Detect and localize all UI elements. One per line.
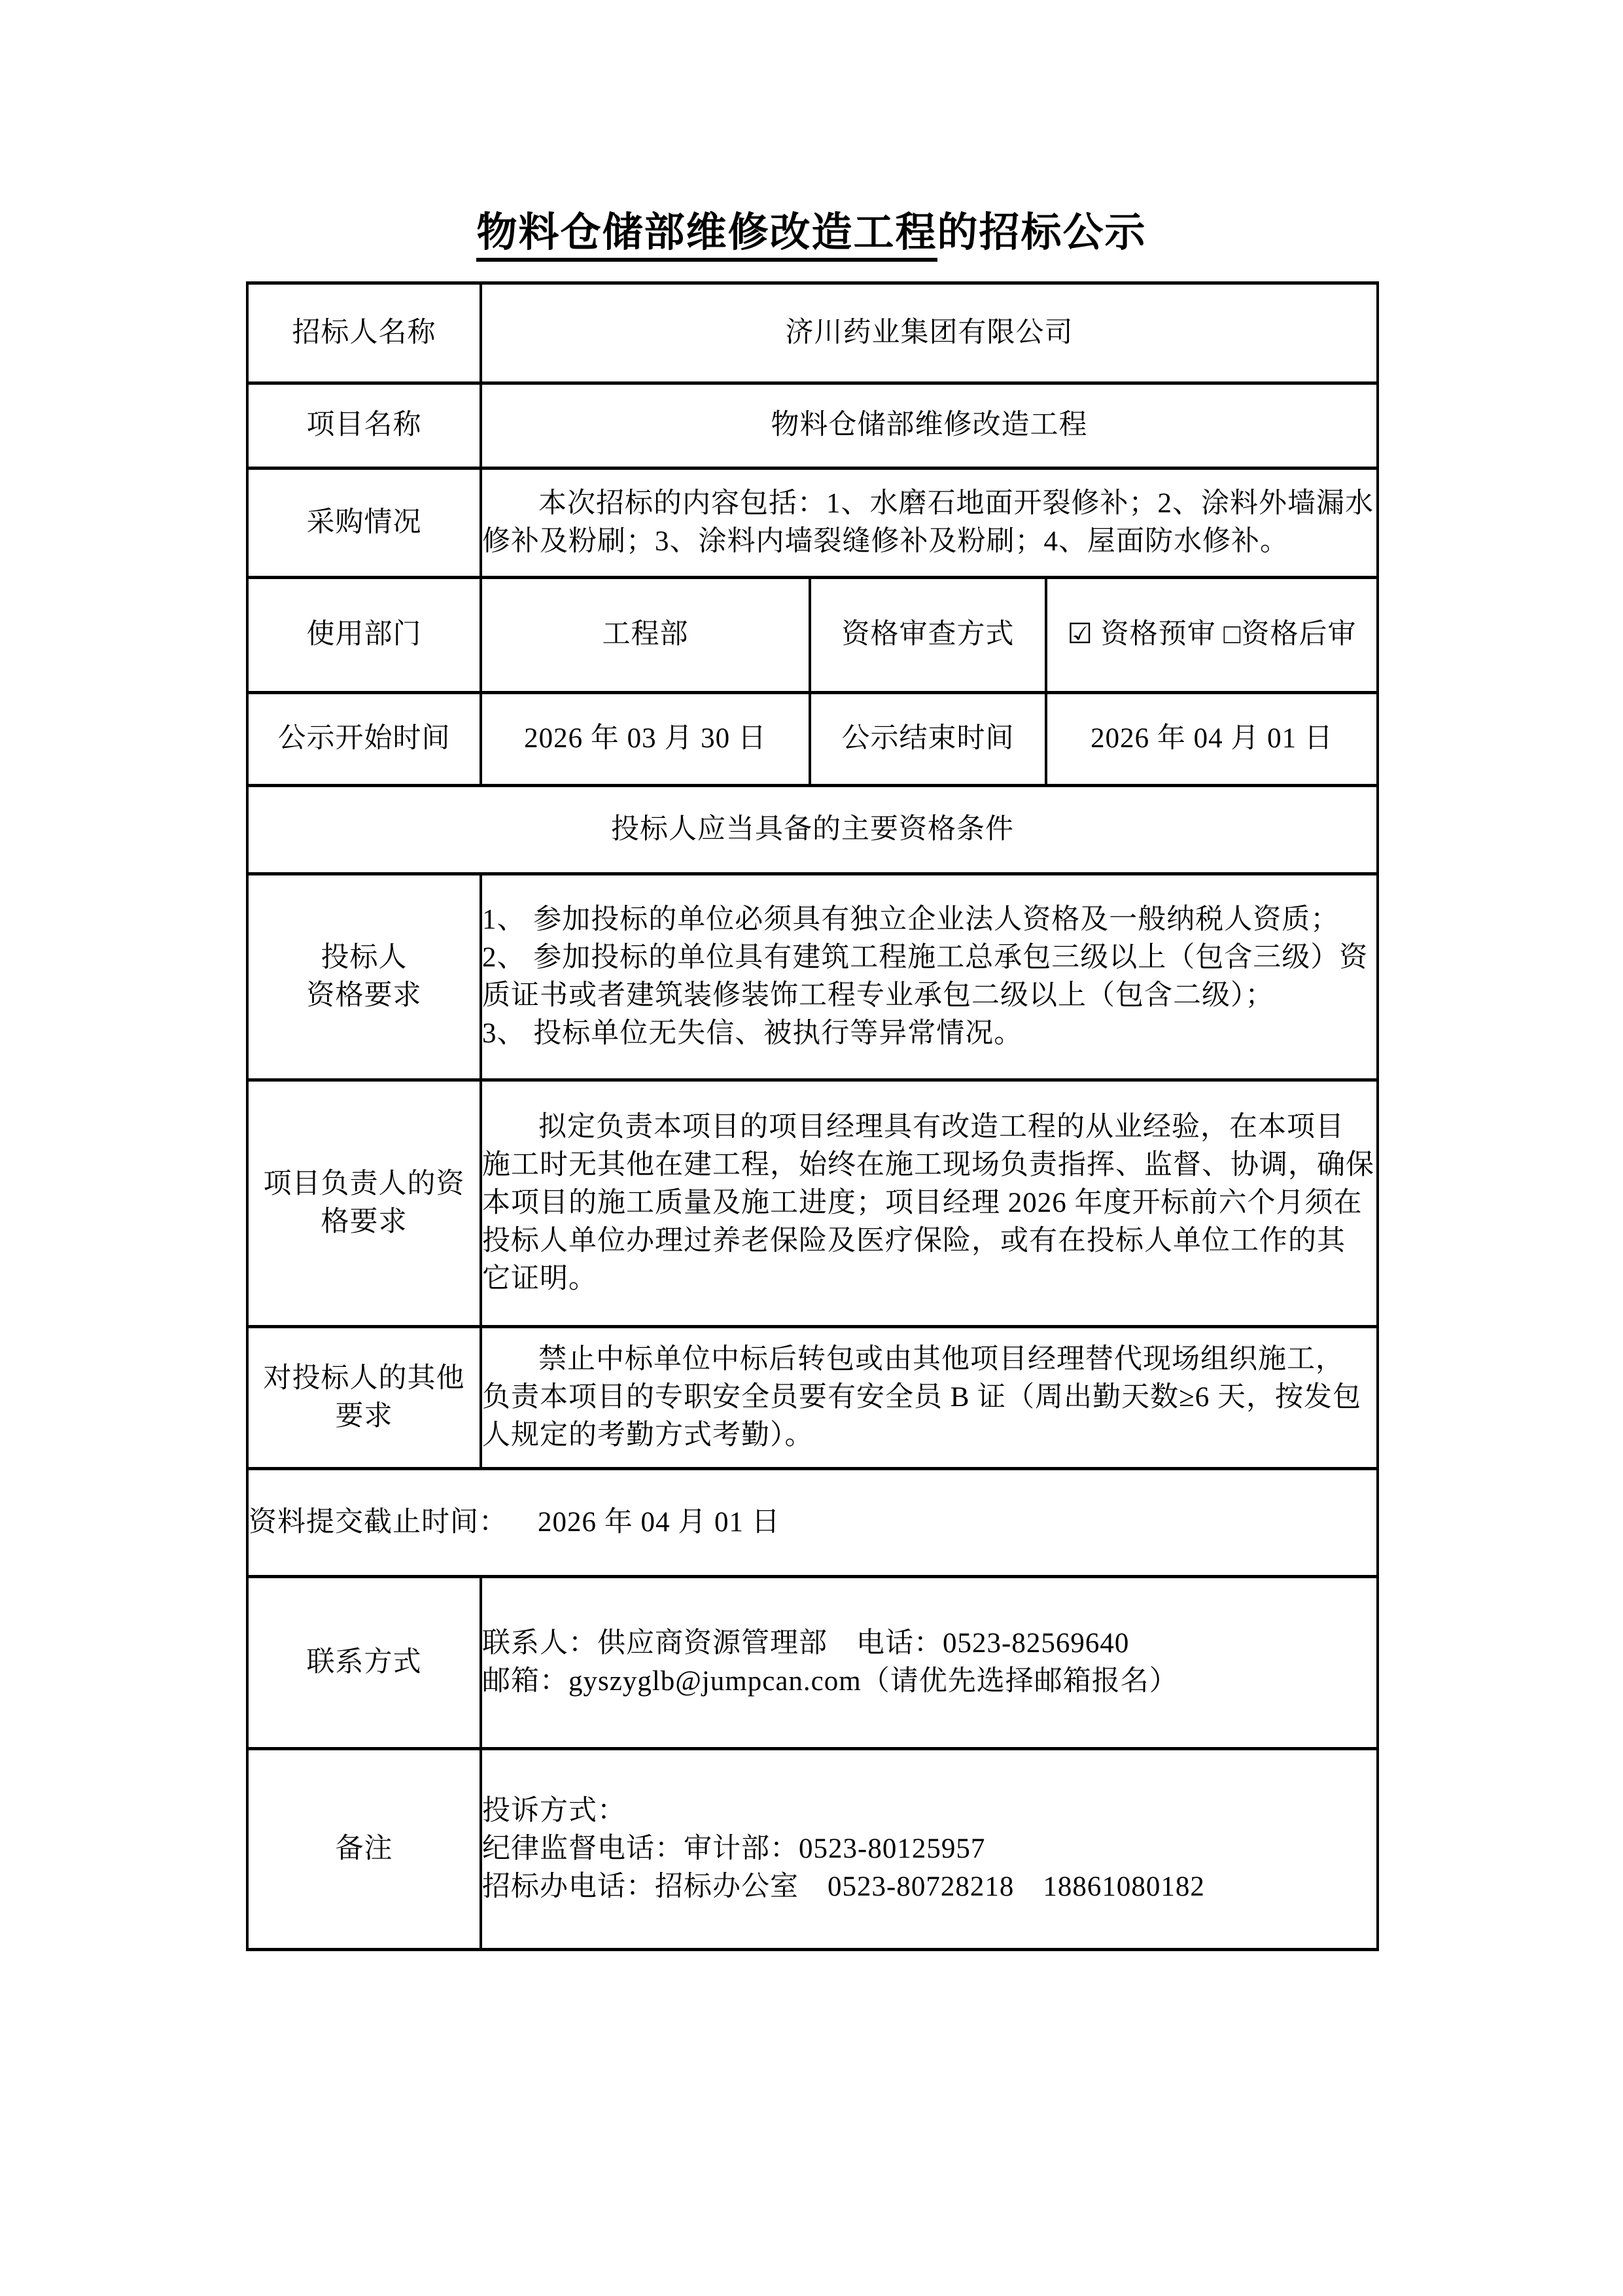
row-other-requirements: 对投标人的其他 要求 禁止中标单位中标后转包或由其他项目经理替代现场组织施工， …: [247, 1327, 1378, 1469]
pre-review-option-label: 资格预审: [1101, 619, 1216, 650]
qualification-review-value: ☑ 资格预审 □资格后审: [1046, 578, 1378, 693]
project-manager-qualification-label: 项目负责人的资 格要求: [247, 1080, 481, 1327]
bidder-name-label: 招标人名称: [247, 283, 481, 383]
using-department-label: 使用部门: [247, 578, 481, 693]
project-name-value: 物料仓储部维修改造工程: [481, 383, 1378, 468]
bidder-qualification-label: 投标人 资格要求: [247, 874, 481, 1080]
row-procurement: 采购情况 本次招标的内容包括：1、水磨石地面开裂修补；2、涂料外墙漏水 修补及粉…: [247, 468, 1378, 578]
row-remarks: 备注 投诉方式： 纪律监督电话：审计部：0523-80125957 招标办电话：…: [247, 1749, 1378, 1950]
contact-label: 联系方式: [247, 1577, 481, 1749]
title-normal-text: 的招标公示: [937, 211, 1147, 255]
project-manager-qualification-value: 拟定负责本项目的项目经理具有改造工程的从业经验，在本项目 施工时无其他在建工程，…: [481, 1080, 1378, 1327]
row-project-manager-qualification: 项目负责人的资 格要求 拟定负责本项目的项目经理具有改造工程的从业经验，在本项目…: [247, 1080, 1378, 1327]
unchecked-checkbox-icon: □: [1224, 619, 1242, 650]
row-project-name: 项目名称 物料仓储部维修改造工程: [247, 383, 1378, 468]
row-bidder-qualification: 投标人 资格要求 1、 参加投标的单位必须具有独立企业法人资格及一般纳税人资质；…: [247, 874, 1378, 1080]
publicity-start-value: 2026 年 03 月 30 日: [481, 693, 810, 786]
contact-value: 联系人：供应商资源管理部 电话：0523-82569640 邮箱：gyszygl…: [481, 1577, 1378, 1749]
row-department-and-review: 使用部门 工程部 资格审查方式 ☑ 资格预审 □资格后审: [247, 578, 1378, 693]
row-submission-deadline: 资料提交截止时间：2026 年 04 月 01 日: [247, 1469, 1378, 1577]
publicity-start-label: 公示开始时间: [247, 693, 481, 786]
row-publicity-dates: 公示开始时间 2026 年 03 月 30 日 公示结束时间 2026 年 04…: [247, 693, 1378, 786]
project-name-label: 项目名称: [247, 383, 481, 468]
row-qualification-header: 投标人应当具备的主要资格条件: [247, 786, 1378, 874]
other-requirements-value: 禁止中标单位中标后转包或由其他项目经理替代现场组织施工， 负责本项目的专职安全员…: [481, 1327, 1378, 1469]
page-title: 物料仓储部维修改造工程的招标公示: [0, 208, 1623, 259]
publicity-end-label: 公示结束时间: [810, 693, 1046, 786]
tender-notice-table: 招标人名称 济川药业集团有限公司 项目名称 物料仓储部维修改造工程 采购情况 本…: [246, 281, 1379, 1951]
remarks-label: 备注: [247, 1749, 481, 1950]
procurement-label: 采购情况: [247, 468, 481, 578]
title-underlined-text: 物料仓储部维修改造工程: [476, 211, 937, 262]
bidder-name-value: 济川药业集团有限公司: [481, 283, 1378, 383]
procurement-value: 本次招标的内容包括：1、水磨石地面开裂修补；2、涂料外墙漏水 修补及粉刷；3、涂…: [481, 468, 1378, 578]
checked-checkbox-icon: ☑: [1067, 619, 1093, 650]
submission-deadline-cell: 资料提交截止时间：2026 年 04 月 01 日: [247, 1469, 1378, 1577]
qualification-header: 投标人应当具备的主要资格条件: [247, 786, 1378, 874]
submission-deadline-value: 2026 年 04 月 01 日: [538, 1507, 780, 1538]
document-page: 物料仓储部维修改造工程的招标公示 招标人名称 济川药业集团有限公司 项目名称 物…: [0, 0, 1623, 2296]
remarks-value: 投诉方式： 纪律监督电话：审计部：0523-80125957 招标办电话：招标办…: [481, 1749, 1378, 1950]
row-contact: 联系方式 联系人：供应商资源管理部 电话：0523-82569640 邮箱：gy…: [247, 1577, 1378, 1749]
post-review-option-label: 资格后审: [1242, 619, 1357, 650]
qualification-review-label: 资格审查方式: [810, 578, 1046, 693]
using-department-value: 工程部: [481, 578, 810, 693]
row-bidder-name: 招标人名称 济川药业集团有限公司: [247, 283, 1378, 383]
other-requirements-label: 对投标人的其他 要求: [247, 1327, 481, 1469]
publicity-end-value: 2026 年 04 月 01 日: [1046, 693, 1378, 786]
submission-deadline-label: 资料提交截止时间：: [249, 1507, 508, 1538]
bidder-qualification-value: 1、 参加投标的单位必须具有独立企业法人资格及一般纳税人资质； 2、 参加投标的…: [481, 874, 1378, 1080]
